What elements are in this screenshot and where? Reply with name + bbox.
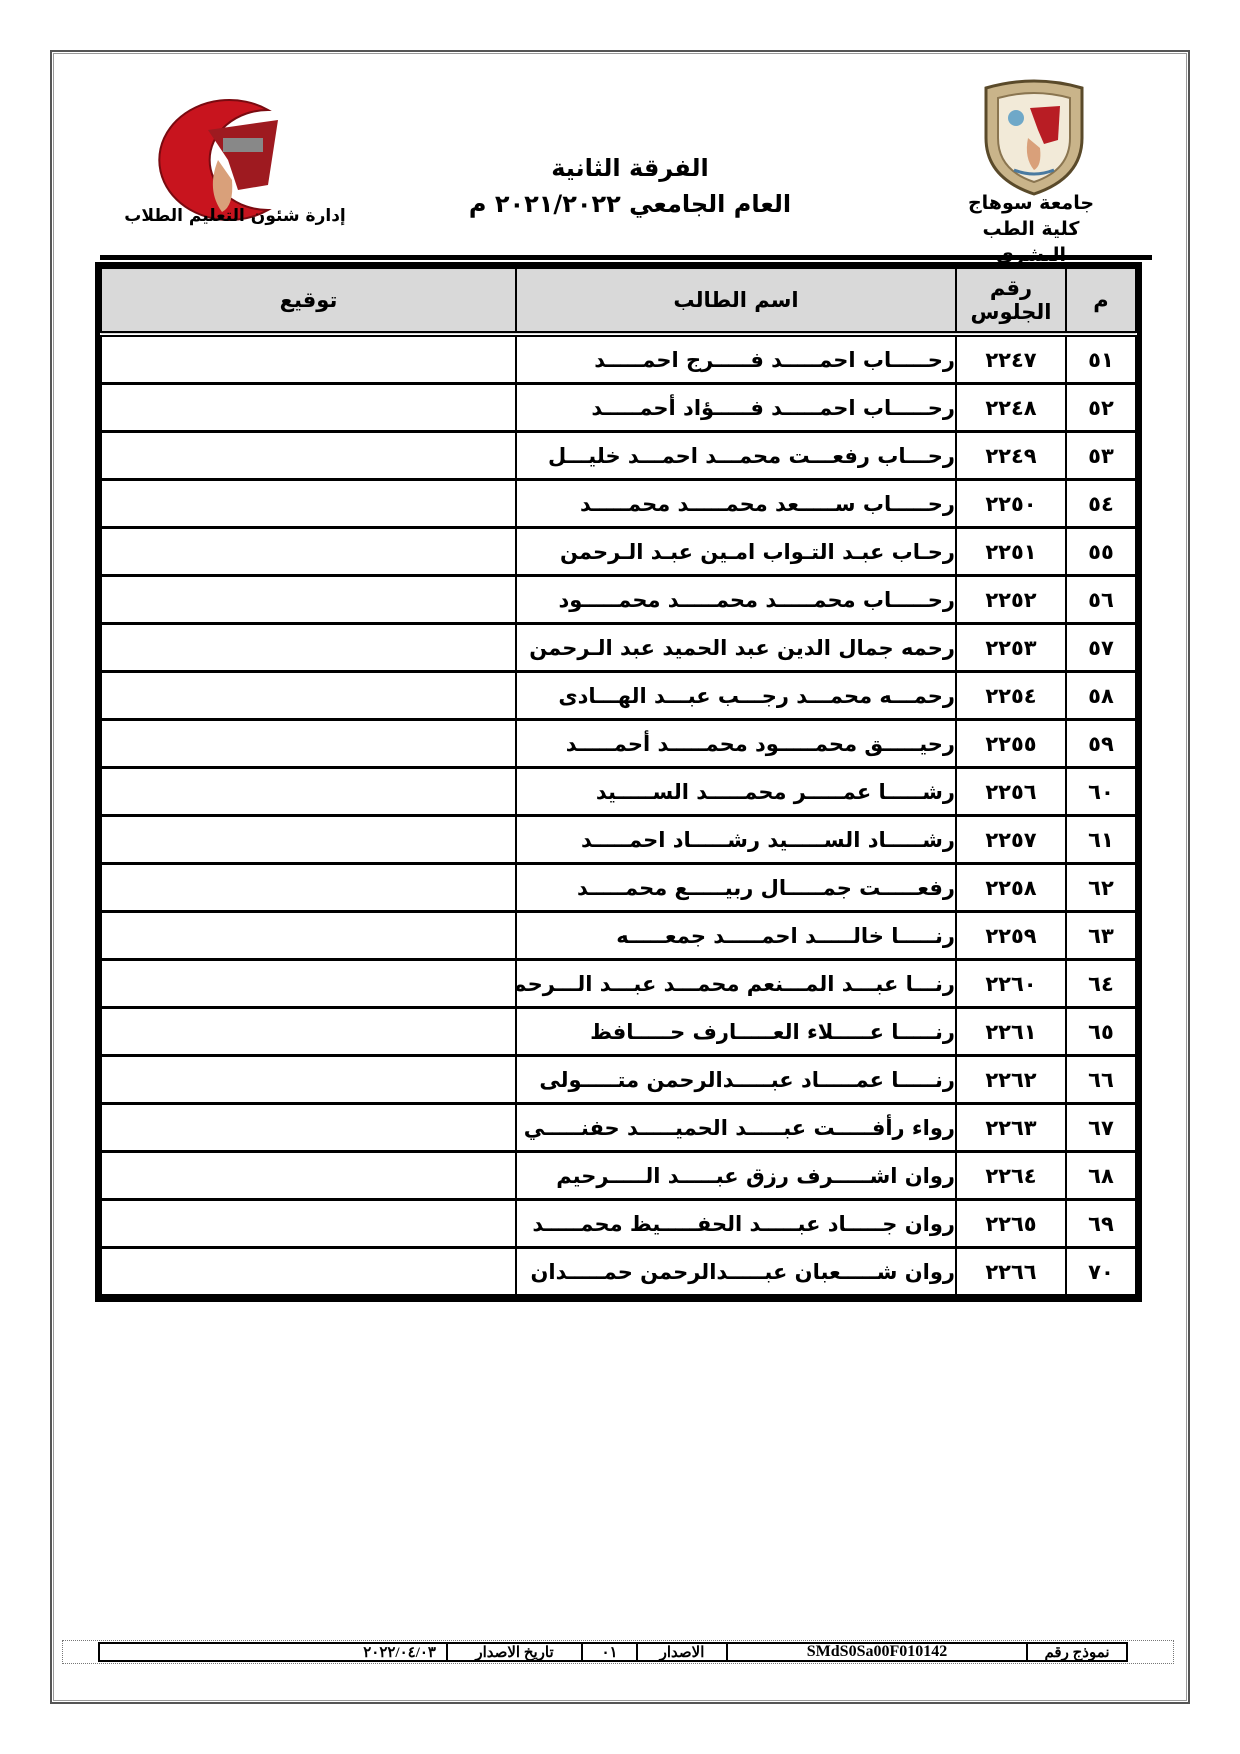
signature-cell[interactable] [101, 912, 516, 960]
row-index: ٦٢ [1066, 864, 1136, 912]
student-name: روان اشـــــرف رزق عبـــــد الـــــرحيم [516, 1152, 956, 1200]
academic-year: العام الجامعي ٢٠٢١/٢٠٢٢ م [420, 186, 840, 222]
row-index: ٦٥ [1066, 1008, 1136, 1056]
seat-number: ٢٢٦٦ [956, 1248, 1066, 1296]
table-row: ٦٥٢٢٦١رنـــــا عـــــلاء العـــــارف حــ… [101, 1008, 1136, 1056]
student-name: رفعـــــت جمـــــال ربيـــــع محمـــــد [516, 864, 956, 912]
header-seat-number: رقم الجلوس [956, 268, 1066, 334]
seat-number: ٢٢٦٥ [956, 1200, 1066, 1248]
header-divider [100, 255, 1152, 260]
student-name: رحـاب عبـد التـواب امـين عبـد الـرحمن [516, 528, 956, 576]
department-name: إدارة شئون التعليم الطلاب [120, 206, 350, 226]
seat-number: ٢٢٥٢ [956, 576, 1066, 624]
signature-cell[interactable] [101, 528, 516, 576]
table-row: ٦١٢٢٥٧رشـــــاد الســـــيد رشـــــاد احم… [101, 816, 1136, 864]
student-name: رنـــــا خالـــــد احمـــــد جمعـــــه [516, 912, 956, 960]
student-name: رحمه جمال الدين عبد الحميد عبد الـرحمن [516, 624, 956, 672]
signature-cell[interactable] [101, 1008, 516, 1056]
table-row: ٦٧٢٢٦٣رواء رأفـــــت عبـــــد الحميـــــ… [101, 1104, 1136, 1152]
student-name: رشـــــاد الســـــيد رشـــــاد احمـــــد [516, 816, 956, 864]
seat-number: ٢٢٤٧ [956, 334, 1066, 384]
signature-cell[interactable] [101, 432, 516, 480]
signature-cell[interactable] [101, 480, 516, 528]
student-name: روان شـــــعبان عبـــــدالرحمن حمـــــدا… [516, 1248, 956, 1296]
seat-number: ٢٢٦٢ [956, 1056, 1066, 1104]
seat-number: ٢٢٦٠ [956, 960, 1066, 1008]
header-seat-number-line1: رقم [957, 276, 1065, 300]
signature-cell[interactable] [101, 1200, 516, 1248]
table-row: ٥٣٢٢٤٩رحـــاب رفعـــت محمـــد احمـــد خل… [101, 432, 1136, 480]
student-name: رشـــــا عمـــــر محمـــــد الســـــيد [516, 768, 956, 816]
student-name: رنـــا عبـــد المـــنعم محمـــد عبـــد ا… [516, 960, 956, 1008]
table-row: ٥٤٢٢٥٠رحـــــاب ســـــعد محمـــــد محمــ… [101, 480, 1136, 528]
form-number-label: نموذج رقم [1026, 1644, 1126, 1660]
row-index: ٦٠ [1066, 768, 1136, 816]
signature-cell[interactable] [101, 1104, 516, 1152]
student-roster-table: م رقم الجلوس اسم الطالب توقيع ٥١٢٢٤٧رحــ… [95, 262, 1142, 1302]
table-row: ٦٤٢٢٦٠رنـــا عبـــد المـــنعم محمـــد عب… [101, 960, 1136, 1008]
row-index: ٦١ [1066, 816, 1136, 864]
row-index: ٥٢ [1066, 384, 1136, 432]
row-index: ٥٧ [1066, 624, 1136, 672]
signature-cell[interactable] [101, 960, 516, 1008]
signature-cell[interactable] [101, 624, 516, 672]
issue-date: ٢٠٢٢/٠٤/٠٣ [100, 1644, 446, 1660]
faculty-name: كلية الطب البشرى [946, 216, 1116, 268]
sohag-university-crest-logo [978, 78, 1090, 196]
seat-number: ٢٢٥١ [956, 528, 1066, 576]
table-row: ٥٥٢٢٥١رحـاب عبـد التـواب امـين عبـد الـر… [101, 528, 1136, 576]
table-row: ٦٨٢٢٦٤روان اشـــــرف رزق عبـــــد الــــ… [101, 1152, 1136, 1200]
student-name: رنـــــا عمـــــاد عبـــــدالرحمن متــــ… [516, 1056, 956, 1104]
student-name: رنـــــا عـــــلاء العـــــارف حـــــافظ [516, 1008, 956, 1056]
row-index: ٥٨ [1066, 672, 1136, 720]
table-row: ٥٧٢٢٥٣رحمه جمال الدين عبد الحميد عبد الـ… [101, 624, 1136, 672]
university-name: جامعة سوهاج [946, 190, 1116, 216]
signature-cell[interactable] [101, 1056, 516, 1104]
table-row: ٥١٢٢٤٧رحـــــاب احمـــــد فـــــرج احمــ… [101, 334, 1136, 384]
row-index: ٦٣ [1066, 912, 1136, 960]
signature-cell[interactable] [101, 576, 516, 624]
row-index: ٦٤ [1066, 960, 1136, 1008]
student-name: رحـــــاب احمـــــد فـــــرج احمـــــد [516, 334, 956, 384]
seat-number: ٢٢٥٧ [956, 816, 1066, 864]
table-row: ٥٩٢٢٥٥رحيـــــق محمـــــود محمـــــد أحم… [101, 720, 1136, 768]
header-index: م [1066, 268, 1136, 334]
student-name: رحـــــاب احمـــــد فـــــؤاد أحمـــــد [516, 384, 956, 432]
student-name: رحمـــه محمـــد رجـــب عبـــد الهـــادى [516, 672, 956, 720]
seat-number: ٢٢٥٨ [956, 864, 1066, 912]
form-number: SMdS0Sa00F010142 [726, 1644, 1026, 1660]
row-index: ٦٩ [1066, 1200, 1136, 1248]
signature-cell[interactable] [101, 720, 516, 768]
issue-date-label: تاريخ الاصدار [446, 1644, 581, 1660]
header-signature: توقيع [101, 268, 516, 334]
signature-cell[interactable] [101, 768, 516, 816]
student-name: رحـــــاب محمـــــد محمـــــد محمـــــود [516, 576, 956, 624]
signature-cell[interactable] [101, 672, 516, 720]
document-title: الفرقة الثانية العام الجامعي ٢٠٢١/٢٠٢٢ م [420, 150, 840, 222]
table-row: ٦٩٢٢٦٥روان جـــــاد عبـــــد الحفـــــيظ… [101, 1200, 1136, 1248]
seat-number: ٢٢٥٣ [956, 624, 1066, 672]
table-row: ٦٢٢٢٥٨رفعـــــت جمـــــال ربيـــــع محمـ… [101, 864, 1136, 912]
table-row: ٧٠٢٢٦٦روان شـــــعبان عبـــــدالرحمن حمـ… [101, 1248, 1136, 1296]
student-name: رحـــاب رفعـــت محمـــد احمـــد خليـــل [516, 432, 956, 480]
row-index: ٥٩ [1066, 720, 1136, 768]
signature-cell[interactable] [101, 1248, 516, 1296]
signature-cell[interactable] [101, 334, 516, 384]
form-footer: نموذج رقم SMdS0Sa00F010142 الاصدار ٠١ تا… [98, 1642, 1128, 1662]
student-name: رحيـــــق محمـــــود محمـــــد أحمـــــد [516, 720, 956, 768]
student-name: رحـــــاب ســـــعد محمـــــد محمـــــد [516, 480, 956, 528]
row-index: ٧٠ [1066, 1248, 1136, 1296]
signature-cell[interactable] [101, 384, 516, 432]
version-number: ٠١ [581, 1644, 636, 1660]
signature-cell[interactable] [101, 816, 516, 864]
student-name: رواء رأفـــــت عبـــــد الحميـــــد حفنـ… [516, 1104, 956, 1152]
seat-number: ٢٢٦٤ [956, 1152, 1066, 1200]
row-index: ٥١ [1066, 334, 1136, 384]
table-header-row: م رقم الجلوس اسم الطالب توقيع [101, 268, 1136, 334]
seat-number: ٢٢٦٣ [956, 1104, 1066, 1152]
document-header: جامعة سوهاج كلية الطب البشرى الفرقة الثا… [90, 70, 1150, 250]
row-index: ٥٥ [1066, 528, 1136, 576]
row-index: ٥٣ [1066, 432, 1136, 480]
signature-cell[interactable] [101, 1152, 516, 1200]
row-index: ٥٦ [1066, 576, 1136, 624]
row-index: ٥٤ [1066, 480, 1136, 528]
table-row: ٦٣٢٢٥٩رنـــــا خالـــــد احمـــــد جمعــ… [101, 912, 1136, 960]
table-row: ٥٦٢٢٥٢رحـــــاب محمـــــد محمـــــد محمـ… [101, 576, 1136, 624]
seat-number: ٢٢٥٩ [956, 912, 1066, 960]
seat-number: ٢٢٥٦ [956, 768, 1066, 816]
student-name: روان جـــــاد عبـــــد الحفـــــيظ محمــ… [516, 1200, 956, 1248]
seat-number: ٢٢٥٠ [956, 480, 1066, 528]
seat-number: ٢٢٤٨ [956, 384, 1066, 432]
header-seat-number-line2: الجلوس [957, 300, 1065, 324]
seat-number: ٢٢٦١ [956, 1008, 1066, 1056]
header-student-name: اسم الطالب [516, 268, 956, 334]
version-label: الاصدار [636, 1644, 726, 1660]
signature-cell[interactable] [101, 864, 516, 912]
seat-number: ٢٢٥٤ [956, 672, 1066, 720]
table-row: ٦٦٢٢٦٢رنـــــا عمـــــاد عبـــــدالرحمن … [101, 1056, 1136, 1104]
table-row: ٦٠٢٢٥٦رشـــــا عمـــــر محمـــــد الســـ… [101, 768, 1136, 816]
row-index: ٦٧ [1066, 1104, 1136, 1152]
seat-number: ٢٢٥٥ [956, 720, 1066, 768]
table-row: ٥٢٢٢٤٨رحـــــاب احمـــــد فـــــؤاد أحمـ… [101, 384, 1136, 432]
table-row: ٥٨٢٢٥٤رحمـــه محمـــد رجـــب عبـــد الهـ… [101, 672, 1136, 720]
academic-level: الفرقة الثانية [420, 150, 840, 186]
row-index: ٦٦ [1066, 1056, 1136, 1104]
seat-number: ٢٢٤٩ [956, 432, 1066, 480]
row-index: ٦٨ [1066, 1152, 1136, 1200]
